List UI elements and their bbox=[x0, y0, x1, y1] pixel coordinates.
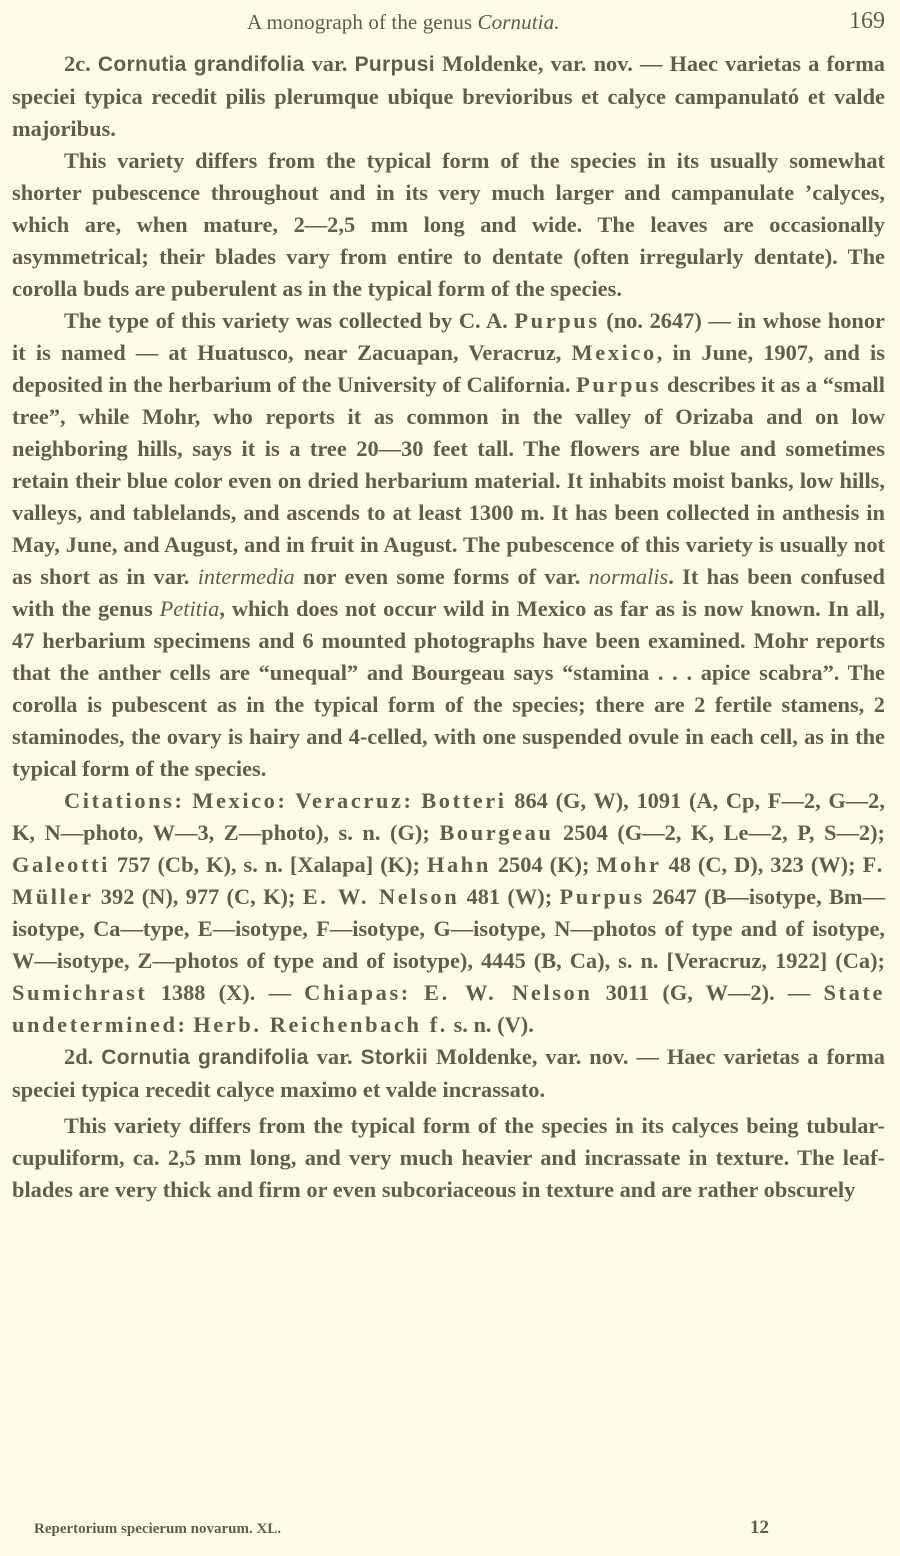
citations-country: Mexico: bbox=[192, 788, 287, 813]
collector-name: Purpus bbox=[514, 308, 599, 333]
var-label: var. bbox=[317, 1044, 353, 1069]
running-title: A monograph of the genus Cornutia. bbox=[247, 10, 560, 35]
collector-name: Sumichrast bbox=[12, 980, 147, 1005]
collector-name: Hahn bbox=[427, 852, 491, 877]
collector-name: Mohr bbox=[596, 852, 661, 877]
body-text: 2c. Cornutia grandifolia var. Purpusi Mo… bbox=[12, 48, 885, 1206]
text-run: The type of this variety was collected b… bbox=[64, 308, 514, 333]
citation-text: s. n. (V). bbox=[448, 1012, 534, 1037]
citation-text: 3011 (G, W—2). — bbox=[592, 980, 823, 1005]
citation-text: 2504 (G—2, K, Le—2, P, S—2); bbox=[553, 820, 885, 845]
var-purpusi-type-paragraph: The type of this variety was collected b… bbox=[12, 305, 885, 785]
collector-name: Purpus bbox=[559, 884, 644, 909]
taxon-normalis: normalis bbox=[589, 564, 669, 589]
citation-text: 481 (W); bbox=[459, 884, 559, 909]
collector-name: Bourgeau bbox=[439, 820, 553, 845]
country-name: Mexico bbox=[572, 340, 657, 365]
var-purpusi-heading-paragraph: 2c. Cornutia grandifolia var. Purpusi Mo… bbox=[12, 48, 885, 145]
running-title-genus: Cornutia. bbox=[478, 10, 560, 34]
citation-text: 392 (N), 977 (C, K); bbox=[94, 884, 303, 909]
taxon-species: grandifolia bbox=[198, 1046, 309, 1069]
taxon-number: 2d. bbox=[64, 1044, 93, 1069]
taxon-number: 2c. bbox=[64, 51, 91, 76]
var-storkii-heading-paragraph: 2d. Cornutia grandifolia var. Storkii Mo… bbox=[12, 1041, 885, 1106]
author-status: Moldenke, var. nov. — bbox=[436, 1044, 659, 1069]
taxon-genus: Cornutia bbox=[98, 53, 187, 76]
running-head: A monograph of the genus Cornutia. 169 bbox=[12, 8, 885, 38]
text-run: nor even some forms of var. bbox=[295, 564, 589, 589]
citations-state: Veracruz: bbox=[295, 788, 413, 813]
taxon-intermedia: intermedia bbox=[198, 564, 295, 589]
var-label: var. bbox=[312, 51, 348, 76]
taxon-genus: Cornutia bbox=[101, 1046, 190, 1069]
author-status: Moldenke, var. nov. — bbox=[442, 51, 662, 76]
citation-text: 757 (Cb, K), s. n. [Xalapa] (K); bbox=[110, 852, 427, 877]
var-purpusi-description: This variety differs from the typical fo… bbox=[12, 145, 885, 305]
journal-title: Repertorium specierum novarum. XL. bbox=[34, 1521, 281, 1538]
text-run: describes it as a “small tree”, while Mo… bbox=[12, 372, 885, 589]
text-run: , which does not occur wild in Mexico as… bbox=[12, 596, 885, 781]
collector-name: Herb. Reichenbach f. bbox=[193, 1012, 448, 1037]
signature-mark: 12 bbox=[750, 1517, 769, 1539]
var-purpusi-citations: Citations: Mexico: Veracruz: Botteri 864… bbox=[12, 785, 885, 1041]
citation-text: 48 (C, D), 323 (W); bbox=[662, 852, 863, 877]
citation-text: 2504 (K); bbox=[491, 852, 597, 877]
collector-name: E. W. Nelson bbox=[303, 884, 460, 909]
taxon-variety: Purpusi bbox=[355, 53, 435, 76]
page-number: 169 bbox=[849, 8, 885, 35]
taxon-variety: Storkii bbox=[361, 1046, 428, 1069]
taxon-species: grandifolia bbox=[194, 53, 305, 76]
collector-name: Botteri bbox=[421, 788, 506, 813]
taxon-petitia: Petitia bbox=[160, 596, 220, 621]
citations-state: Chiapas: bbox=[304, 980, 411, 1005]
collector-name: Galeotti bbox=[12, 852, 110, 877]
citations-label: Citations: bbox=[64, 788, 185, 813]
running-title-text: A monograph of the genus bbox=[247, 10, 478, 34]
collector-name: E. W. Nelson bbox=[424, 980, 592, 1005]
var-storkii-description: This variety differs from the typical fo… bbox=[12, 1110, 885, 1206]
collector-name: Purpus bbox=[576, 372, 661, 397]
citation-text: 1388 (X). — bbox=[147, 980, 304, 1005]
